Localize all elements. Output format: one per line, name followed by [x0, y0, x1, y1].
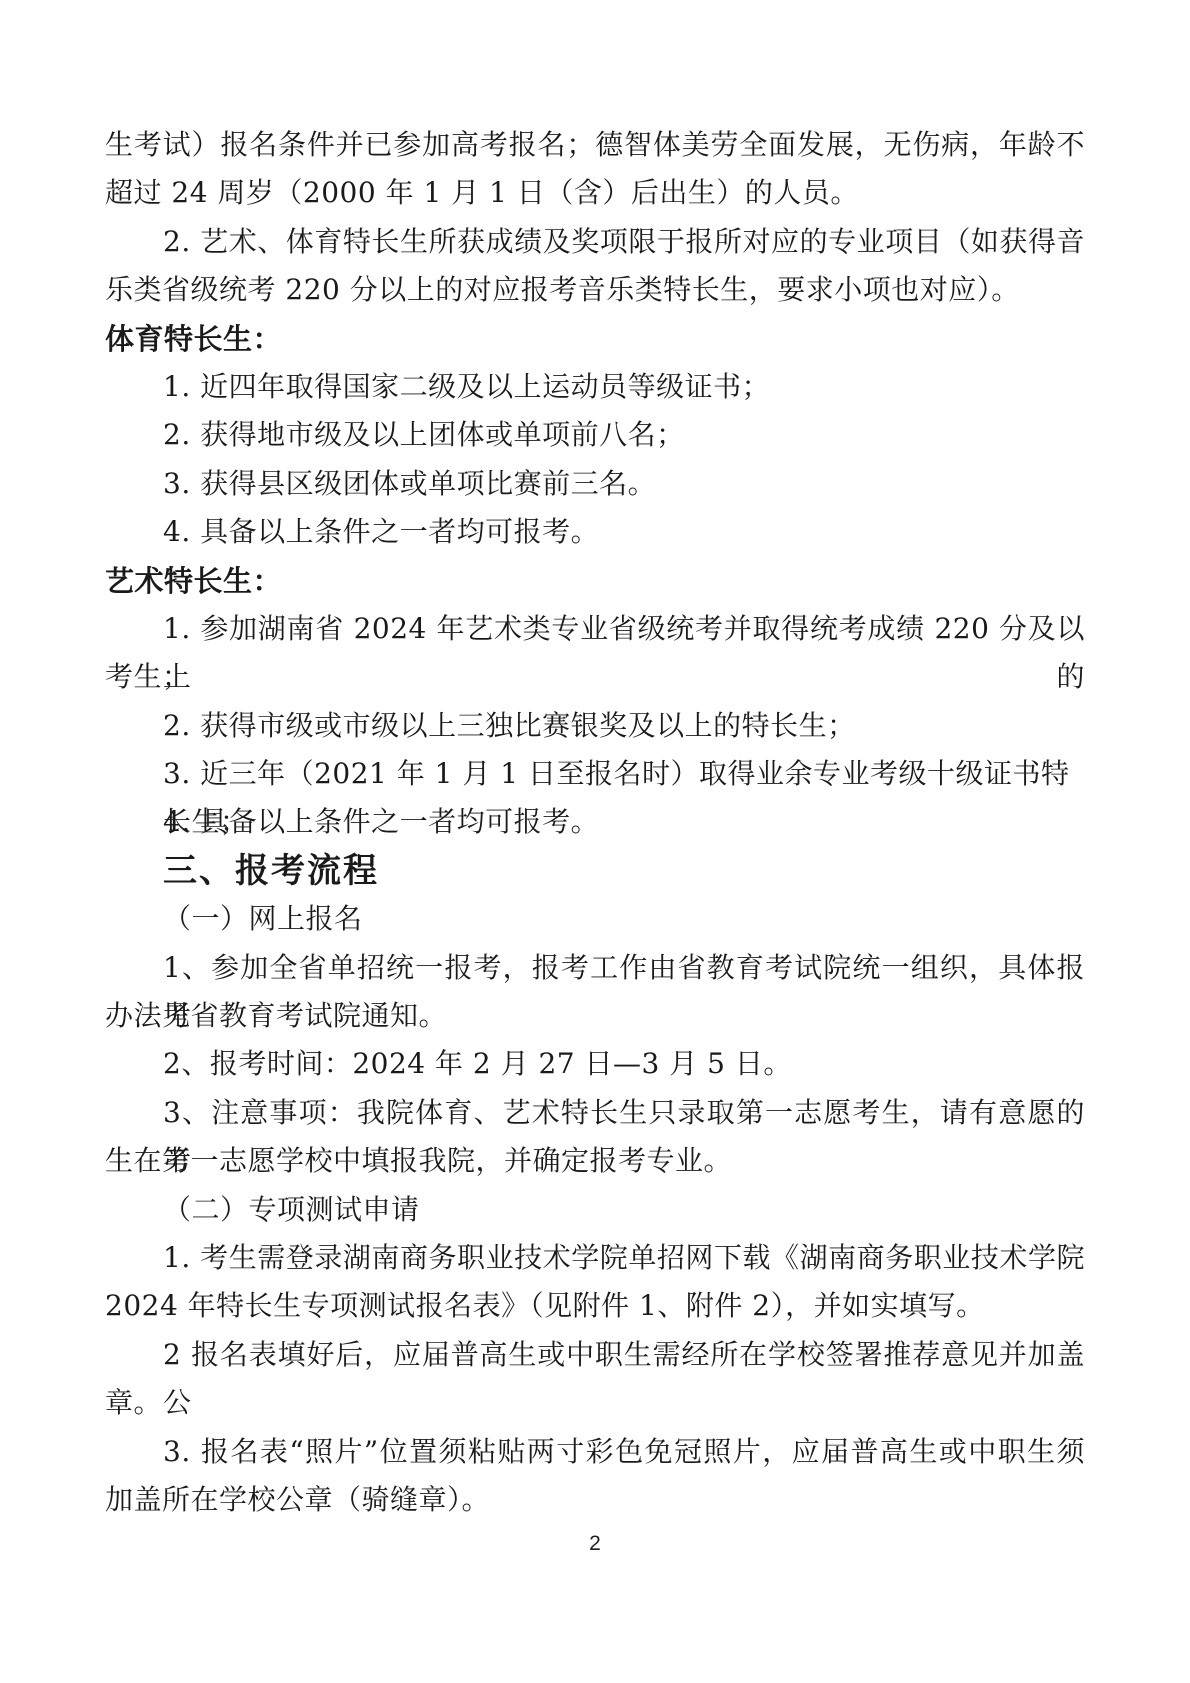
text-line: 超过 24 周岁（2000 年 1 月 1 日（含）后出生）的人员。 — [105, 169, 1085, 217]
list-item-line: 1. 参加湖南省 2024 年艺术类专业省级统考并取得统考成绩 220 分及以上… — [105, 605, 1085, 653]
text-line: 2024 年特长生专项测试报名表》（见附件 1、附件 2），并如实填写。 — [105, 1282, 1085, 1330]
document-body: 生考试）报名条件并已参加高考报名；德智体美劳全面发展，无伤病，年龄不 超过 24… — [105, 121, 1085, 1524]
text-line: 1. 考生需登录湖南商务职业技术学院单招网下载《湖南商务职业技术学院 — [105, 1234, 1085, 1282]
text-line: 2. 艺术、体育特长生所获成绩及奖项限于报所对应的专业项目（如获得音 — [105, 218, 1085, 266]
section-heading-application-process: 三、报考流程 — [105, 847, 1085, 895]
list-item-line: 3. 获得县区级团体或单项比赛前三名。 — [105, 460, 1085, 508]
text-line: 生在第一志愿学校中填报我院，并确定报考专业。 — [105, 1137, 1085, 1185]
subheading-art-talents: 艺术特长生： — [105, 557, 1085, 605]
text-line: 3. 报名表“照片”位置须粘贴两寸彩色免冠照片，应届普高生或中职生须 — [105, 1428, 1085, 1476]
subsection-heading-special-test-application: （二）专项测试申请 — [105, 1186, 1085, 1234]
text-line: 2 报名表填好后，应届普高生或中职生需经所在学校签署推荐意见并加盖公 — [105, 1331, 1085, 1379]
list-item-line: 4. 具备以上条件之一者均可报考。 — [105, 508, 1085, 556]
list-item-line: 3. 近三年（2021 年 1 月 1 日至报名时）取得业余专业考级十级证书特长… — [105, 750, 1085, 798]
subsection-heading-online-registration: （一）网上报名 — [105, 895, 1085, 943]
text-line: 加盖所在学校公章（骑缝章）。 — [105, 1476, 1085, 1524]
text-line: 生考试）报名条件并已参加高考报名；德智体美劳全面发展，无伤病，年龄不 — [105, 121, 1085, 169]
text-line: 办法见省教育考试院通知。 — [105, 992, 1085, 1040]
text-line: 1、参加全省单招统一报考，报考工作由省教育考试院统一组织，具体报考 — [105, 944, 1085, 992]
document-page: 生考试）报名条件并已参加高考报名；德智体美劳全面发展，无伤病，年龄不 超过 24… — [0, 0, 1190, 1683]
list-item-line: 2. 获得市级或市级以上三独比赛银奖及以上的特长生； — [105, 702, 1085, 750]
list-item-line: 1. 近四年取得国家二级及以上运动员等级证书； — [105, 363, 1085, 411]
text-line: 2、报考时间：2024 年 2 月 27 日—3 月 5 日。 — [105, 1040, 1085, 1088]
subheading-sports-talents: 体育特长生： — [105, 315, 1085, 363]
list-item-line: 2. 获得地市级及以上团体或单项前八名； — [105, 411, 1085, 459]
text-line: 乐类省级统考 220 分以上的对应报考音乐类特长生，要求小项也对应）。 — [105, 266, 1085, 314]
text-line: 3、注意事项：我院体育、艺术特长生只录取第一志愿考生，请有意愿的考 — [105, 1089, 1085, 1137]
page-number: 2 — [105, 1532, 1085, 1556]
list-item-line: 4. 具备以上条件之一者均可报考。 — [105, 798, 1085, 846]
text-line: 章。 — [105, 1379, 1085, 1427]
